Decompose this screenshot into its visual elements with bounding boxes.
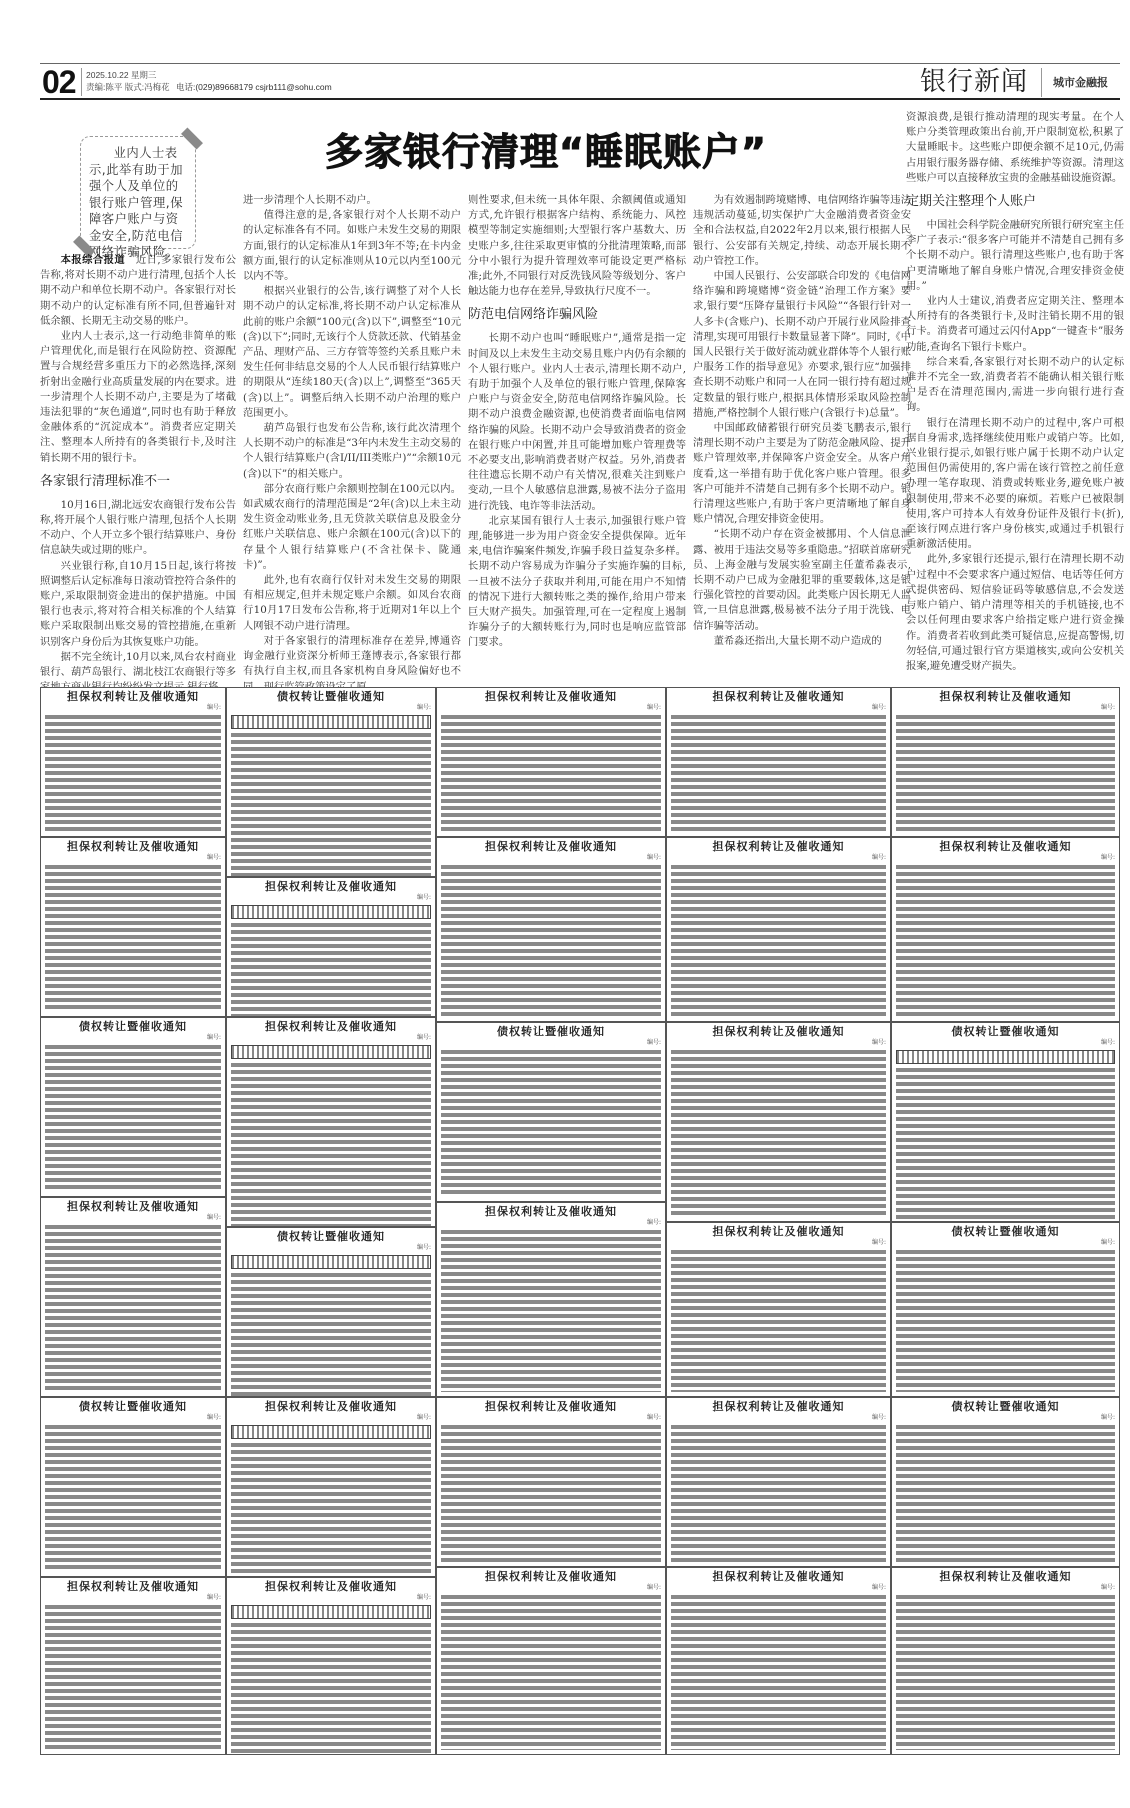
notice-body-text: [231, 1622, 431, 1755]
notice-title: 担保权利转让及催收通知: [441, 840, 661, 854]
legal-notice: 担保权利转让及催收通知编号:: [226, 877, 436, 1017]
paragraph-text: 根据兴业银行的公告,该行调整了对个人长期不动户的认定标准,将长期不动户认定标准从…: [243, 285, 461, 419]
legal-notice: 担保权利转让及催收通知编号:: [436, 687, 666, 837]
notice-body-text: [671, 1249, 886, 1392]
notice-title: 债权转让暨催收通知: [896, 1025, 1115, 1039]
legal-notice: 担保权利转让及催收通知编号:: [226, 1397, 436, 1577]
paragraph-text: 业内人士表示,这一行动绝非简单的账户管理优化,而是银行在风险防控、资源配置与合规…: [40, 330, 236, 464]
notice-body-text: [231, 732, 431, 877]
pull-quote-text: 业内人士表示,此举有助于加强个人及单位的银行账户管理,保障客户账户与资金安全,防…: [89, 145, 189, 261]
notice-title: 债权转让暨催收通知: [896, 1225, 1115, 1239]
pull-quote: 业内人士表示,此举有助于加强个人及单位的银行账户管理,保障客户账户与资金安全,防…: [80, 136, 196, 249]
notice-asset-table: [896, 1050, 1115, 1064]
notice-body-text: [45, 1604, 221, 1750]
notice-body-text: [671, 1424, 886, 1562]
paragraph-text: 部分农商行账户余额则控制在100元以内。如武威农商行的清理范围是“2年(含)以上…: [243, 483, 461, 571]
notice-asset-table: [231, 905, 431, 919]
notice-number: 编号:: [671, 704, 886, 712]
masthead-meta: 2025.10.22 星期三 责编:陈平 版式:冯梅花 电话:(029)8966…: [86, 69, 332, 93]
paragraph-text: 资源浪费,是银行推动清理的现实考量。在个人账户分类管理政策出台前,开户限制宽松,…: [906, 111, 1124, 184]
notice-body-text: [45, 1224, 221, 1392]
notice-number: 编号:: [896, 1039, 1115, 1047]
notice-title: 债权转让暨催收通知: [45, 1020, 221, 1034]
legal-notice: 担保权利转让及催收通知编号:: [40, 1197, 226, 1397]
notice-title: 担保权利转让及催收通知: [671, 840, 886, 854]
notice-number: 编号:: [441, 854, 661, 862]
contact-info: 电话:(029)89668179 csjrb111@sohu.com: [176, 82, 332, 92]
notice-title: 担保权利转让及催收通知: [45, 1200, 221, 1214]
notice-title: 担保权利转让及催收通知: [671, 1025, 886, 1039]
notice-asset-table: [231, 1255, 431, 1269]
notice-body-text: [896, 1594, 1115, 1750]
paragraph-text: 综合来看,各家银行对长期不动户的认定标准并不完全一致,消费者若不能确认相关银行账…: [906, 356, 1124, 414]
notice-number: 编号:: [896, 704, 1115, 712]
notice-title: 债权转让暨催收通知: [45, 1400, 221, 1414]
paragraph: 则性要求,但未统一具体年限、余额阈值或通知方式,允许银行根据客户结构、系统能力、…: [468, 193, 686, 299]
paragraph: 中国人民银行、公安部联合印发的《电信网络诈骗和跨境赌博“资金链”治理工作方案》要…: [693, 269, 911, 421]
paragraph: 董希淼还指出,大量长期不动户造成的: [693, 634, 911, 649]
subheading: 防范电信网络诈骗风险: [468, 305, 686, 325]
paragraph: 资源浪费,是银行推动清理的现实考量。在个人账户分类管理政策出台前,开户限制宽松,…: [906, 110, 1124, 186]
notice-body-text: [896, 714, 1115, 832]
notice-number: 编号:: [231, 1034, 431, 1042]
paragraph: 根据兴业银行的公告,该行调整了对个人长期不动户的认定标准,将长期不动户认定标准从…: [243, 284, 461, 421]
article-column-3: 则性要求,但未统一具体年限、余额阈值或通知方式,允许银行根据客户结构、系统能力、…: [468, 193, 686, 651]
notice-number: 编号:: [441, 1414, 661, 1422]
legal-notice: 担保权利转让及催收通知编号:: [436, 1397, 666, 1567]
notice-body-text: [45, 714, 221, 832]
article-column-5: 资源浪费,是银行推动清理的现实考量。在个人账户分类管理政策出台前,开户限制宽松,…: [906, 110, 1124, 674]
notice-title: 担保权利转让及催收通知: [671, 1400, 886, 1414]
notice-number: 编号:: [671, 1584, 886, 1592]
notice-number: 编号:: [441, 704, 661, 712]
masthead-divider-right: [1041, 68, 1042, 97]
paper-name: 城市金融报: [1053, 74, 1108, 90]
paragraph: 部分农商行账户余额则控制在100元以内。如武威农商行的清理范围是“2年(含)以上…: [243, 482, 461, 573]
legal-notice: 担保权利转让及催收通知编号:: [40, 1577, 226, 1755]
legal-notice: 担保权利转让及催收通知编号:: [891, 837, 1120, 1022]
masthead-divider: [81, 68, 82, 96]
notice-body-text: [231, 1062, 431, 1227]
paragraph: 长期不动户也叫“睡眠账户”,通常是指一定时间及以上未发生主动交易且账户内仍有余额…: [468, 331, 686, 513]
paragraph-text: 中国社会科学院金融研究所银行研究室主任李广子表示:“很多客户可能并不清楚自己拥有…: [906, 219, 1124, 292]
paragraph: 进一步清理个人长期不动户。: [243, 193, 461, 208]
notice-title: 担保权利转让及催收通知: [45, 840, 221, 854]
legal-notice: 担保权利转让及催收通知编号:: [891, 1567, 1120, 1755]
paragraph: 综合来看,各家银行对长期不动户的认定标准并不完全一致,消费者若不能确认相关银行账…: [906, 355, 1124, 416]
section-title: 银行新闻: [920, 66, 1028, 98]
notice-title: 担保权利转让及催收通知: [896, 1570, 1115, 1584]
paragraph-text: “长期不动户存在资金被挪用、个人信息泄露、被用于违法交易等多重隐患。”招联首席研…: [693, 528, 911, 631]
notice-title: 担保权利转让及催收通知: [896, 840, 1115, 854]
notice-body-text: [896, 864, 1115, 1017]
paragraph: 为有效遏制跨境赌博、电信网络诈骗等违法违规活动蔓延,切实保护广大金融消费者资金安…: [693, 193, 911, 269]
legal-notice: 债权转让暨催收通知编号:: [891, 1222, 1120, 1397]
notice-number: 编号:: [441, 1039, 661, 1047]
notice-body-text: [441, 1594, 661, 1750]
notice-body-text: [671, 864, 886, 1017]
credits-line: 责编:陈平 版式:冯梅花 电话:(029)89668179 csjrb111@s…: [86, 81, 332, 93]
notice-title: 担保权利转让及催收通知: [45, 1580, 221, 1594]
notice-title: 债权转让暨催收通知: [231, 690, 431, 704]
page-number: 02: [42, 65, 76, 99]
paragraph-text: 此外,也有农商行仅针对未发生交易的期限有相应规定,但并未规定账户余额。如凤台农商…: [243, 574, 461, 632]
notice-body-text: [231, 1272, 431, 1397]
notice-body-text: [896, 1424, 1115, 1562]
paragraph: 业内人士表示,这一行动绝非简单的账户管理优化,而是银行在风险防控、资源配置与合规…: [40, 329, 236, 466]
legal-notice: 债权转让暨催收通知编号:: [226, 1227, 436, 1397]
notice-body-text: [896, 1249, 1115, 1392]
legal-notice: 债权转让暨催收通知编号:: [891, 1022, 1120, 1222]
paragraph: 业内人士建议,消费者应定期关注、整理本人所持有的各类银行卡,及时注销长期不用的银…: [906, 294, 1124, 355]
paragraph-text: 董希淼还指出,大量长期不动户造成的: [714, 635, 882, 647]
notice-body-text: [231, 922, 431, 1017]
legal-notice: 担保权利转让及催收通知编号:: [226, 1577, 436, 1755]
notice-body-text: [441, 1229, 661, 1392]
notice-number: 编号:: [896, 1239, 1115, 1247]
paragraph: 此外,多家银行还提示,银行在清理长期不动户过程中不会要求客户通过短信、电话等任何…: [906, 552, 1124, 674]
legal-notice: 债权转让暨催收通知编号:: [40, 1397, 226, 1577]
notice-title: 担保权利转让及催收通知: [441, 1205, 661, 1219]
paragraph-text: 此外,多家银行还提示,银行在清理长期不动户过程中不会要求客户通过短信、电话等任何…: [906, 553, 1124, 671]
notice-number: 编号:: [231, 1244, 431, 1252]
notice-title: 债权转让暨催收通知: [231, 1230, 431, 1244]
legal-notices-grid: 担保权利转让及催收通知编号:债权转让暨催收通知编号:担保权利转让及催收通知编号:…: [40, 687, 1120, 1755]
notice-title: 担保权利转让及催收通知: [231, 1020, 431, 1034]
notice-title: 担保权利转让及催收通知: [45, 690, 221, 704]
notice-number: 编号:: [441, 1584, 661, 1592]
notice-body-text: [441, 1424, 661, 1562]
notice-title: 债权转让暨催收通知: [896, 1400, 1115, 1414]
notice-number: 编号:: [231, 704, 431, 712]
paragraph-text: 北京某国有银行人士表示,加强银行账户管理,能够进一步为用户资金安全提供保障。近年…: [468, 515, 686, 649]
notice-title: 担保权利转让及催收通知: [441, 1570, 661, 1584]
notice-body-text: [671, 1049, 886, 1217]
dateline-label: 本报综合报道: [61, 254, 136, 266]
legal-notice: 担保权利转让及催收通知编号:: [226, 1017, 436, 1227]
notice-number: 编号:: [896, 854, 1115, 862]
notice-number: 编号:: [231, 1594, 431, 1602]
paragraph: 葫芦岛银行也发布公告称,该行此次清理个人长期不动户的标准是“3年内未发生主动交易…: [243, 421, 461, 482]
paragraph: 兴业银行称,自10月15日起,该行将按照调整后认定标准每日滚动管控符合条件的账户…: [40, 559, 236, 650]
paragraph: 本报综合报道 近日,多家银行发布公告称,将对长期不动户进行清理,包括个人长期不动…: [40, 253, 236, 329]
paragraph-text: 中国邮政储蓄银行研究员娄飞鹏表示,银行清理长期不动户主要是为了防范金融风险、提升…: [693, 422, 911, 525]
subheading: 定期关注整理个人账户: [906, 192, 1124, 212]
paragraph-text: 银行在清理长期不动户的过程中,客户可根据自身需求,选择继续使用账户或销户等。比如…: [906, 417, 1124, 551]
notice-number: 编号:: [45, 704, 221, 712]
paragraph-text: 对于各家银行的清理标准存在差异,博通咨询金融行业资深分析师王蓬博表示,各家银行都…: [243, 635, 461, 693]
legal-notice: 担保权利转让及催收通知编号:: [666, 1222, 891, 1397]
legal-notice: 担保权利转让及催收通知编号:: [436, 1567, 666, 1755]
paragraph-text: 进一步清理个人长期不动户。: [243, 194, 377, 206]
notice-body-text: [671, 714, 886, 832]
legal-notice: 担保权利转让及催收通知编号:: [40, 687, 226, 837]
notice-body-text: [45, 864, 221, 1012]
paragraph: 中国社会科学院金融研究所银行研究室主任李广子表示:“很多客户可能并不清楚自己拥有…: [906, 218, 1124, 294]
notice-number: 编号:: [45, 1034, 221, 1042]
notice-number: 编号:: [671, 1239, 886, 1247]
notice-title: 担保权利转让及催收通知: [896, 690, 1115, 704]
notice-body-text: [671, 1594, 886, 1750]
notice-title: 担保权利转让及催收通知: [441, 690, 661, 704]
article-column-1: 本报综合报道 近日,多家银行发布公告称,将对长期不动户进行清理,包括个人长期不动…: [40, 253, 236, 695]
paragraph-text: 为有效遏制跨境赌博、电信网络诈骗等违法违规活动蔓延,切实保护广大金融消费者资金安…: [693, 194, 911, 267]
paragraph-text: 值得注意的是,各家银行对个人长期不动户的认定标准各有不同。如账户未发生交易的期限…: [243, 209, 461, 282]
masthead: 02 2025.10.22 星期三 责编:陈平 版式:冯梅花 电话:(029)8…: [40, 63, 1120, 100]
notice-title: 债权转让暨催收通知: [441, 1025, 661, 1039]
notice-number: 编号:: [231, 894, 431, 902]
legal-notice: 担保权利转让及催收通知编号:: [436, 837, 666, 1022]
legal-notice: 担保权利转让及催收通知编号:: [666, 1567, 891, 1755]
notice-number: 编号:: [671, 1414, 886, 1422]
paragraph-text: 业内人士建议,消费者应定期关注、整理本人所持有的各类银行卡,及时注销长期不用的银…: [906, 295, 1124, 353]
notice-title: 担保权利转让及催收通知: [671, 1570, 886, 1584]
paragraph-text: 葫芦岛银行也发布公告称,该行此次清理个人长期不动户的标准是“3年内未发生主动交易…: [243, 422, 461, 480]
notice-number: 编号:: [441, 1219, 661, 1227]
notice-body-text: [441, 1049, 661, 1197]
legal-notice: 债权转让暨催收通知编号:: [436, 1022, 666, 1202]
notice-title: 担保权利转让及催收通知: [231, 1400, 431, 1414]
notice-asset-table: [231, 1045, 431, 1059]
paragraph: 中国邮政储蓄银行研究员娄飞鹏表示,银行清理长期不动户主要是为了防范金融风险、提升…: [693, 421, 911, 527]
legal-notice: 债权转让暨催收通知编号:: [891, 1397, 1120, 1567]
notice-body-text: [441, 714, 661, 832]
article-column-4: 为有效遏制跨境赌博、电信网络诈骗等违法违规活动蔓延,切实保护广大金融消费者资金安…: [693, 193, 911, 649]
notice-title: 担保权利转让及催收通知: [671, 690, 886, 704]
paragraph-text: 中国人民银行、公安部联合印发的《电信网络诈骗和跨境赌博“资金链”治理工作方案》要…: [693, 270, 911, 419]
legal-notice: 担保权利转让及催收通知编号:: [666, 837, 891, 1022]
notice-title: 担保权利转让及催收通知: [231, 1580, 431, 1594]
paragraph: “长期不动户存在资金被挪用、个人信息泄露、被用于违法交易等多重隐患。”招联首席研…: [693, 527, 911, 633]
paragraph: 对于各家银行的清理标准存在差异,博通咨询金融行业资深分析师王蓬博表示,各家银行都…: [243, 634, 461, 695]
paragraph: 银行在清理长期不动户的过程中,客户可根据自身需求,选择继续使用账户或销户等。比如…: [906, 416, 1124, 553]
notice-number: 编号:: [896, 1414, 1115, 1422]
editors: 责编:陈平 版式:冯梅花: [86, 82, 170, 92]
article-headline: 多家银行清理“睡眠账户”: [325, 128, 767, 176]
notice-body-text: [231, 1442, 431, 1577]
article-column-2: 进一步清理个人长期不动户。值得注意的是,各家银行对个人长期不动户的认定标准各有不…: [243, 193, 461, 695]
paragraph-text: 兴业银行称,自10月15日起,该行将按照调整后认定标准每日滚动管控符合条件的账户…: [40, 560, 236, 648]
issue-date: 2025.10.22 星期三: [86, 69, 332, 81]
notice-body-text: [45, 1424, 221, 1572]
paragraph: 北京某国有银行人士表示,加强银行账户管理,能够进一步为用户资金安全提供保障。近年…: [468, 514, 686, 651]
paragraph: 10月16日,湖北远安农商银行发布公告称,将开展个人银行账户清理,包括个人长期不…: [40, 498, 236, 559]
subheading: 各家银行清理标准不一: [40, 472, 236, 492]
notice-body-text: [45, 1044, 221, 1192]
notice-body-text: [441, 864, 661, 1017]
notice-title: 担保权利转让及催收通知: [671, 1225, 886, 1239]
notice-number: 编号:: [231, 1414, 431, 1422]
legal-notice: 债权转让暨催收通知编号:: [40, 1017, 226, 1197]
legal-notice: 担保权利转让及催收通知编号:: [40, 837, 226, 1017]
legal-notice: 担保权利转让及催收通知编号:: [666, 1022, 891, 1222]
paragraph-text: 则性要求,但未统一具体年限、余额阈值或通知方式,允许银行根据客户结构、系统能力、…: [468, 194, 686, 297]
notice-number: 编号:: [45, 1214, 221, 1222]
paragraph-text: 长期不动户也叫“睡眠账户”,通常是指一定时间及以上未发生主动交易且账户内仍有余额…: [468, 332, 686, 511]
notice-asset-table: [231, 715, 431, 729]
notice-number: 编号:: [45, 1414, 221, 1422]
notice-body-text: [896, 1067, 1115, 1222]
notice-title: 担保权利转让及催收通知: [231, 880, 431, 894]
legal-notice: 担保权利转让及催收通知编号:: [666, 687, 891, 837]
notice-number: 编号:: [896, 1584, 1115, 1592]
notice-number: 编号:: [671, 1039, 886, 1047]
legal-notice: 债权转让暨催收通知编号:: [226, 687, 436, 877]
legal-notice: 担保权利转让及催收通知编号:: [891, 687, 1120, 837]
notice-asset-table: [231, 1605, 431, 1619]
notice-title: 担保权利转让及催收通知: [441, 1400, 661, 1414]
paragraph: 值得注意的是,各家银行对个人长期不动户的认定标准各有不同。如账户未发生交易的期限…: [243, 208, 461, 284]
notice-asset-table: [231, 1425, 431, 1439]
notice-number: 编号:: [45, 854, 221, 862]
notice-number: 编号:: [45, 1594, 221, 1602]
paragraph: 此外,也有农商行仅针对未发生交易的期限有相应规定,但并未规定账户余额。如凤台农商…: [243, 573, 461, 634]
paragraph-text: 10月16日,湖北远安农商银行发布公告称,将开展个人银行账户清理,包括个人长期不…: [40, 499, 236, 557]
legal-notice: 担保权利转让及催收通知编号:: [666, 1397, 891, 1567]
notice-number: 编号:: [671, 854, 886, 862]
legal-notice: 担保权利转让及催收通知编号:: [436, 1202, 666, 1397]
